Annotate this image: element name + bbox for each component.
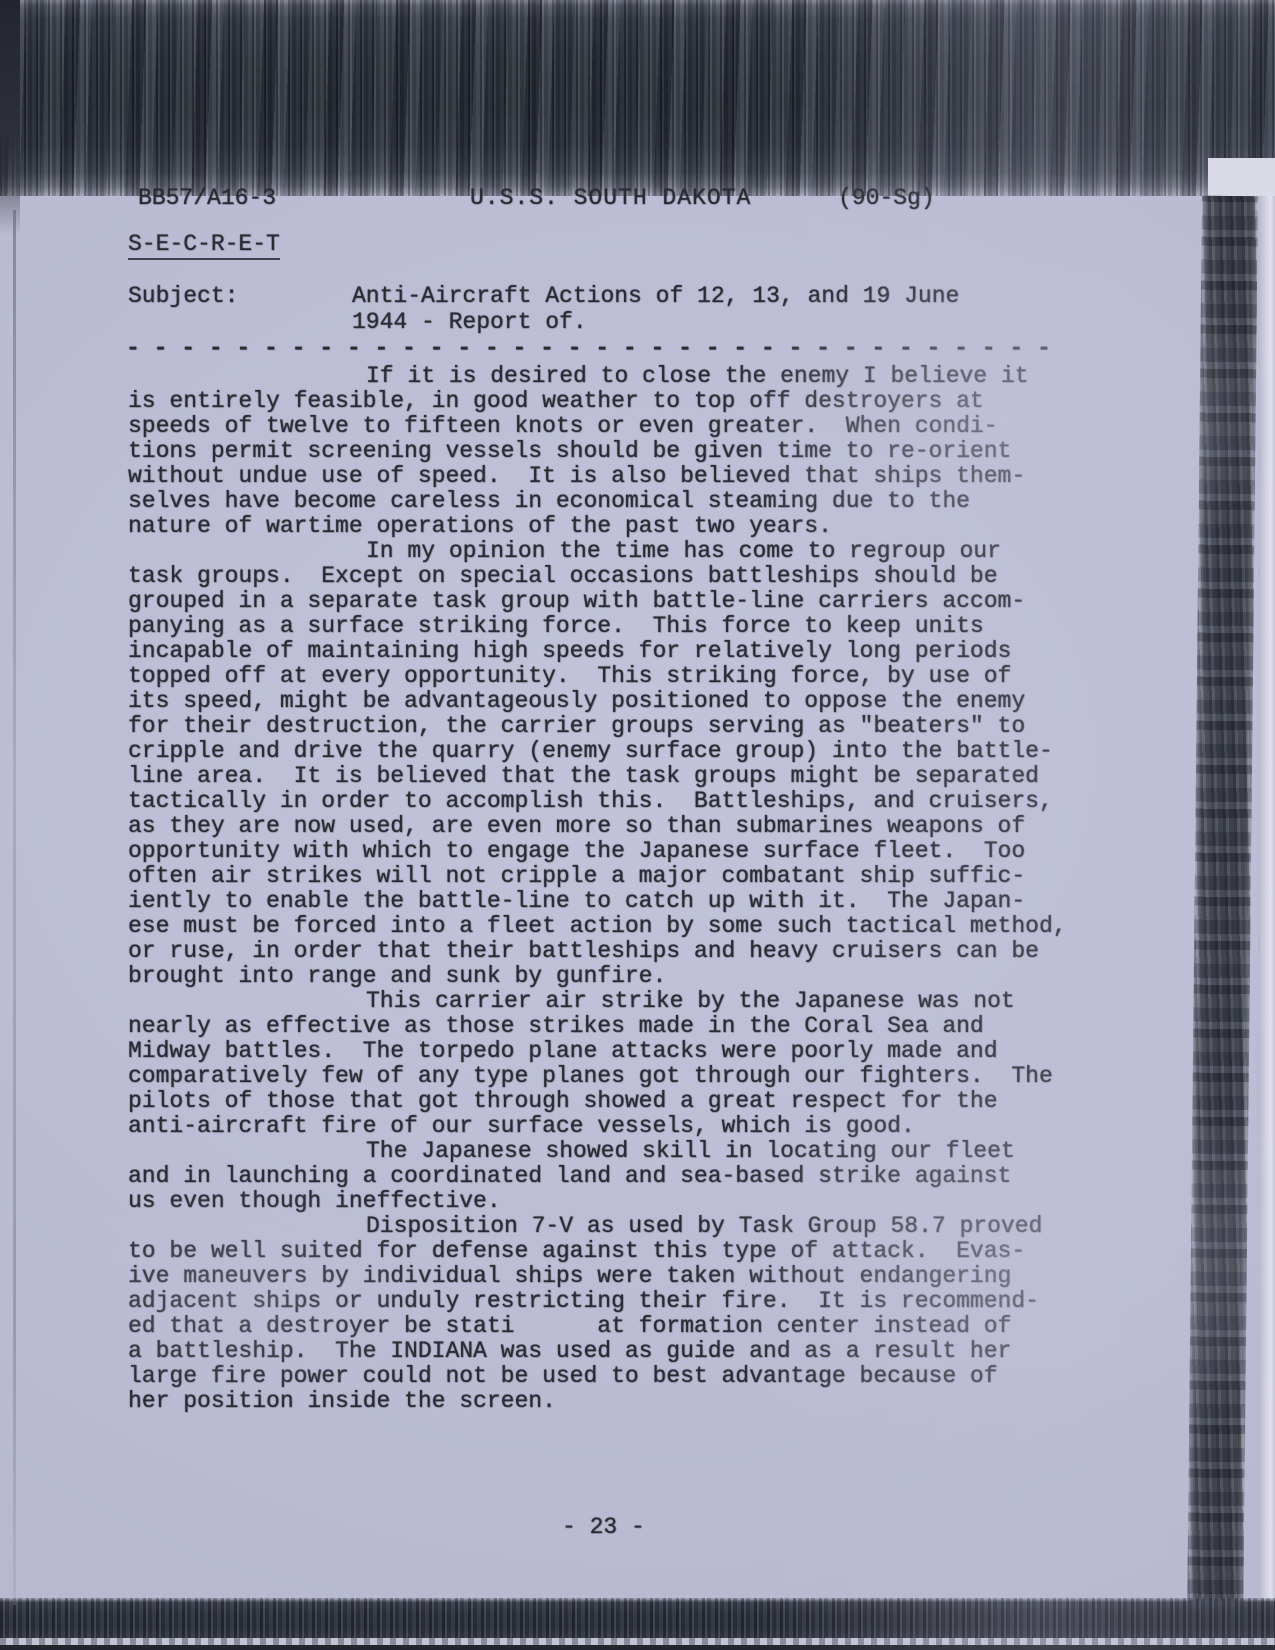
- file-code: (90-Sg): [838, 186, 935, 211]
- body-line: tactically in order to accomplish this. …: [128, 789, 1093, 814]
- body-paragraphs: If it is desired to close the enemy I be…: [128, 364, 1093, 1414]
- body-line: pilots of those that got through showed …: [128, 1089, 1093, 1114]
- body-line: without undue use of speed. It is also b…: [128, 464, 1093, 489]
- body-line: This carrier air strike by the Japanese …: [128, 989, 1093, 1014]
- body-line: iently to enable the battle-line to catc…: [128, 889, 1093, 914]
- body-line: nearly as effective as those strikes mad…: [128, 1014, 1093, 1039]
- body-line: its speed, might be advantageously posit…: [128, 689, 1093, 714]
- body-line: us even though ineffective.: [128, 1189, 1093, 1214]
- body-line: speeds of twelve to fifteen knots or eve…: [128, 414, 1093, 439]
- body-line: topped off at every opportunity. This st…: [128, 664, 1093, 689]
- body-line: opportunity with which to engage the Jap…: [128, 839, 1093, 864]
- body-line: and in launching a coordinated land and …: [128, 1164, 1093, 1189]
- body-line: tions permit screening vessels should be…: [128, 439, 1093, 464]
- scanned-page: BB57/A16-3 U.S.S. SOUTH DAKOTA (90-Sg) S…: [0, 0, 1275, 1650]
- subject-line1: Anti-Aircraft Actions of 12, 13, and 19 …: [352, 284, 959, 309]
- body-line: In my opinion the time has come to regro…: [128, 539, 1093, 564]
- body-line: often air strikes will not cripple a maj…: [128, 864, 1093, 889]
- body-line: If it is desired to close the enemy I be…: [128, 364, 1093, 389]
- body-line: large fire power could not be used to be…: [128, 1364, 1093, 1389]
- body-line: The Japanese showed skill in locating ou…: [128, 1139, 1093, 1164]
- body-line: task groups. Except on special occasions…: [128, 564, 1093, 589]
- body-line: for their destruction, the carrier group…: [128, 714, 1093, 739]
- body-line: adjacent ships or unduly restricting the…: [128, 1289, 1093, 1314]
- body-line: is entirely feasible, in good weather to…: [128, 389, 1093, 414]
- body-line: a battleship. The INDIANA was used as gu…: [128, 1339, 1093, 1364]
- body-line: nature of wartime operations of the past…: [128, 514, 1093, 539]
- body-line: line area. It is believed that the task …: [128, 764, 1093, 789]
- body-line: ive maneuvers by individual ships were t…: [128, 1264, 1093, 1289]
- body-line: incapable of maintaining high speeds for…: [128, 639, 1093, 664]
- body-line: grouped in a separate task group with ba…: [128, 589, 1093, 614]
- body-line: ese must be forced into a fleet action b…: [128, 914, 1093, 939]
- body-line: Disposition 7-V as used by Task Group 58…: [128, 1214, 1093, 1239]
- body-line: or ruse, in order that their battleships…: [128, 939, 1093, 964]
- body-line: comparatively few of any type planes got…: [128, 1064, 1093, 1089]
- document-reference: BB57/A16-3: [138, 186, 276, 211]
- body-line: to be well suited for defense against th…: [128, 1239, 1093, 1264]
- subject-label: Subject:: [128, 284, 238, 309]
- classification-row: S-E-C-R-E-T: [128, 232, 280, 260]
- subject-line2: 1944 - Report of.: [352, 310, 587, 335]
- body-line: ed that a destroyer be stati at formatio…: [128, 1314, 1093, 1339]
- document-content: BB57/A16-3 U.S.S. SOUTH DAKOTA (90-Sg) S…: [0, 0, 1275, 1650]
- body-line: anti-aircraft fire of our surface vessel…: [128, 1114, 1093, 1139]
- page-number: - 23 -: [562, 1515, 645, 1540]
- ship-name: U.S.S. SOUTH DAKOTA: [470, 186, 751, 211]
- dashed-divider: - - - - - - - - - - - - - - - - - - - - …: [126, 336, 1051, 361]
- body-line: as they are now used, are even more so t…: [128, 814, 1093, 839]
- body-line: selves have become careless in economica…: [128, 489, 1093, 514]
- body-line: brought into range and sunk by gunfire.: [128, 964, 1093, 989]
- body-line: panying as a surface striking force. Thi…: [128, 614, 1093, 639]
- body-line: her position inside the screen.: [128, 1389, 1093, 1414]
- classification-label: S-E-C-R-E-T: [128, 232, 280, 260]
- body-line: Midway battles. The torpedo plane attack…: [128, 1039, 1093, 1064]
- body-line: cripple and drive the quarry (enemy surf…: [128, 739, 1093, 764]
